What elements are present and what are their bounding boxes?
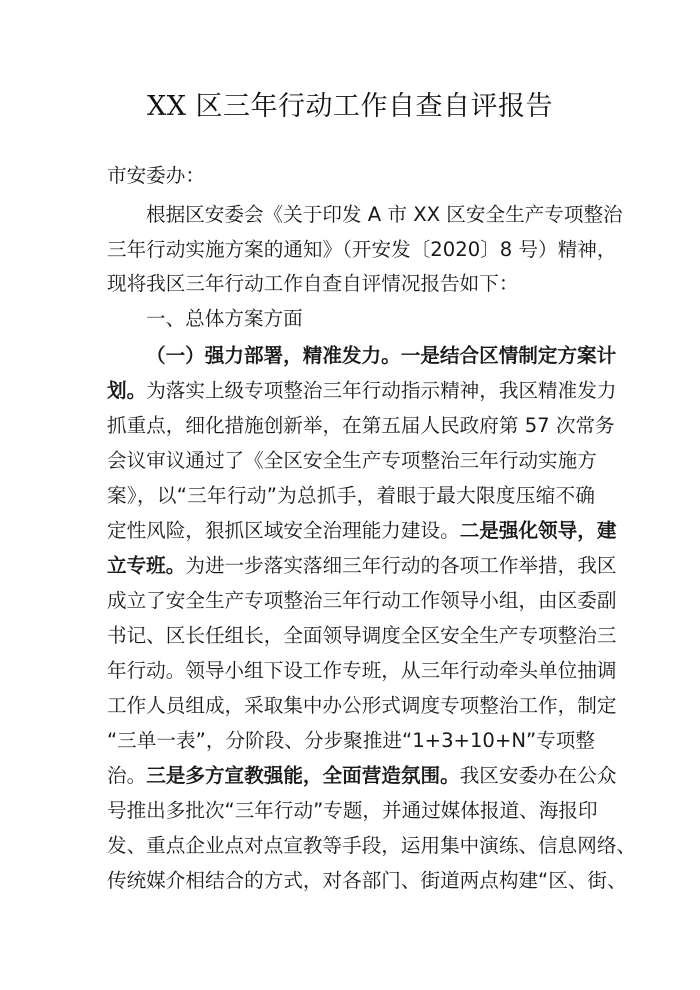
paragraph-text: 治。 bbox=[107, 764, 146, 787]
paragraph-line: 号推出多批次“三年行动”专题，并通过媒体报道、海报印 bbox=[107, 793, 595, 828]
point-one-heading: 一是结合区情制定方案计 bbox=[401, 344, 617, 367]
paragraph-line: 定性风险，狠抓区域安全治理能力建设。二是强化领导，建 bbox=[107, 513, 595, 548]
paragraph-line: 成立了安全生产专项整治三年行动工作领导小组，由区委副 bbox=[107, 583, 595, 618]
subsection-heading: （一）强力部署，精准发力。 bbox=[146, 344, 401, 367]
document-page: XX 区三年行动工作自查自评报告 市安委办： 根据区安委会《关于印发 A 市 X… bbox=[0, 0, 700, 990]
paragraph-line: 发、重点企业点对点宣教等手段，运用集中演练、信息网络、 bbox=[107, 828, 595, 863]
paragraph-line: 年行动。领导小组下设工作专班，从三年行动牵头单位抽调 bbox=[107, 653, 595, 688]
paragraph-line: 划。为落实上级专项整治三年行动指示精神，我区精准发力 bbox=[107, 373, 595, 408]
intro-line: 三年行动实施方案的通知》（开安发〔2020〕8 号）精神， bbox=[107, 232, 595, 267]
paragraph-text: 定性风险，狠抓区域安全治理能力建设。 bbox=[107, 519, 460, 542]
paragraph-line: （一）强力部署，精准发力。一是结合区情制定方案计 bbox=[146, 338, 595, 373]
paragraph-line: 案》，以“三年行动”为总抓手，着眼于最大限度压缩不确 bbox=[107, 478, 595, 513]
paragraph-line: 立专班。为进一步落实落细三年行动的各项工作举措，我区 bbox=[107, 548, 595, 583]
intro-line: 现将我区三年行动工作自查自评情况报告如下： bbox=[107, 266, 595, 301]
paragraph-line: 治。三是多方宣教强能，全面营造氛围。我区安委办在公众 bbox=[107, 758, 595, 793]
document-title: XX 区三年行动工作自查自评报告 bbox=[0, 84, 700, 123]
point-two-heading: 二是强化领导，建 bbox=[460, 519, 617, 542]
salutation: 市安委办： bbox=[107, 158, 595, 193]
paragraph-line: “三单一表”，分阶段、分步聚推进“1+3+10+N”专项整 bbox=[107, 723, 595, 758]
paragraph-line: 工作人员组成，采取集中办公形式调度专项整治工作，制定 bbox=[107, 688, 595, 723]
paragraph-text: 为落实上级专项整治三年行动指示精神，我区精准发力 bbox=[146, 379, 616, 402]
paragraph-text: 我区安委办在公众 bbox=[460, 764, 617, 787]
intro-line: 根据区安委会《关于印发 A 市 XX 区安全生产专项整治 bbox=[146, 197, 595, 232]
paragraph-line: 书记、区长任组长，全面领导调度全区安全生产专项整治三 bbox=[107, 618, 595, 653]
paragraph-line: 会议审议通过了《全区安全生产专项整治三年行动实施方 bbox=[107, 443, 595, 478]
paragraph-line: 抓重点，细化措施创新举，在第五届人民政府第 57 次常务 bbox=[107, 408, 595, 443]
point-two-heading-end: 立专班。 bbox=[107, 554, 185, 577]
point-three-heading: 三是多方宣教强能，全面营造氛围。 bbox=[146, 764, 460, 787]
point-one-heading-end: 划。 bbox=[107, 379, 146, 402]
paragraph-text: 为进一步落实落细三年行动的各项工作举措，我区 bbox=[185, 554, 616, 577]
section-heading: 一、总体方案方面 bbox=[146, 301, 634, 336]
paragraph-line: 传统媒介相结合的方式，对各部门、街道两点构建“区、街、 bbox=[107, 863, 595, 898]
